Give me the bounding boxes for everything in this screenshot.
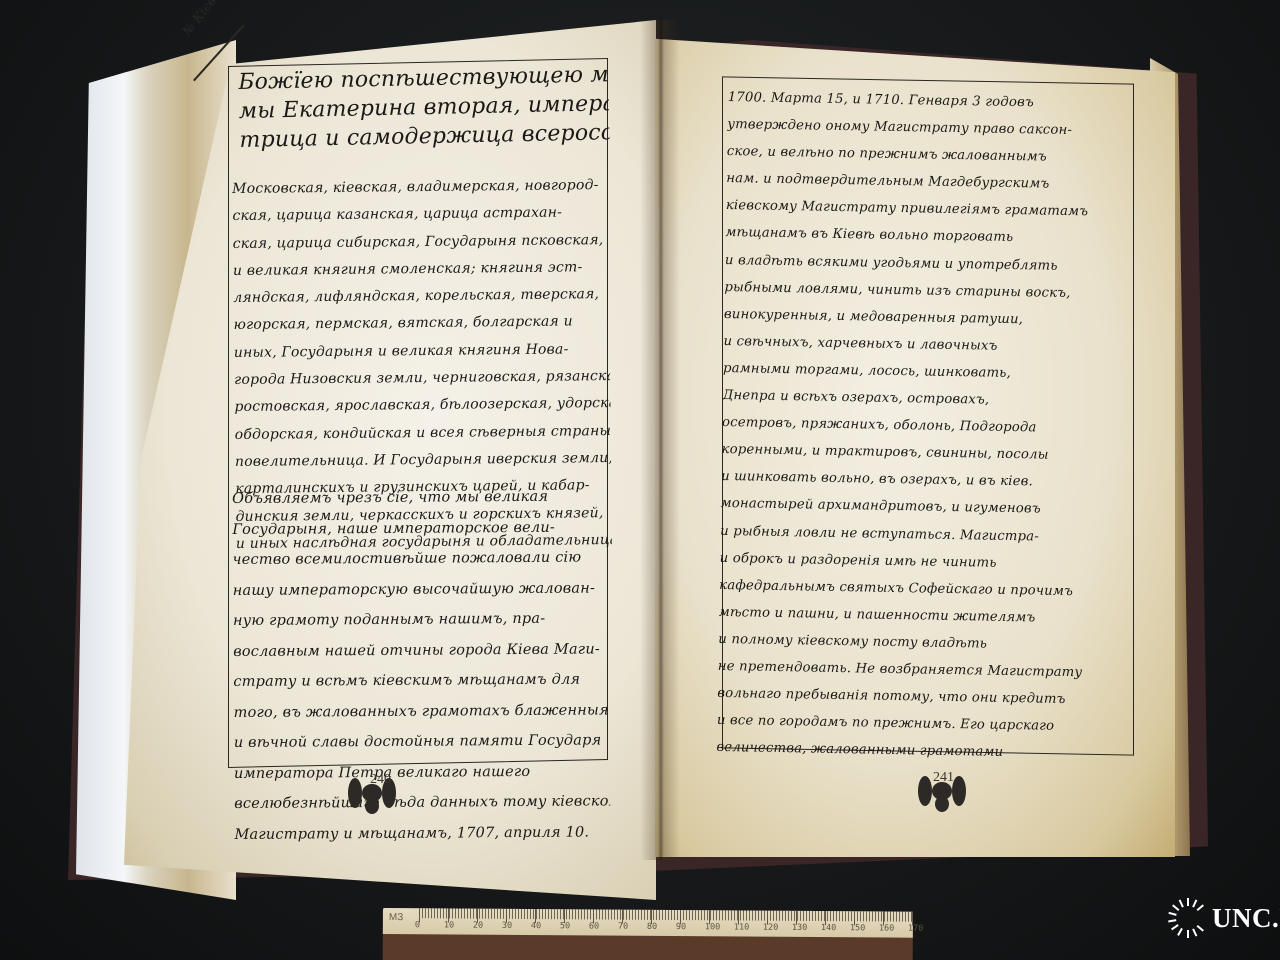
text-line: иных, Государыня и великая княгиня Нова-: [234, 336, 610, 367]
ruler-scale: МЗ 0 10 20 30 40 50 60 70 80 90 100 110 …: [383, 908, 913, 938]
ruler-label: 60: [589, 921, 618, 931]
ruler-label: 80: [647, 922, 676, 932]
ruler-label: 150: [850, 923, 879, 933]
ruler-label: 10: [444, 920, 473, 930]
text-line: вселюбезнѣйшаго дѣда данныхъ тому кіевск…: [234, 786, 610, 819]
page-number-right: 241: [933, 770, 954, 786]
text-line: ную грамоту поданнымъ нашимъ, пра-: [233, 603, 609, 636]
text-line: и великая княгиня смоленская; княгиня эс…: [233, 254, 609, 285]
book-gutter: [640, 20, 680, 860]
text-line: того, въ жалованныхъ грамотахъ блаженныя: [233, 695, 609, 728]
text-line: Магистрату и мѣщанамъ, 1707, априля 10.: [234, 817, 610, 850]
text-line: повелительница. И Государыня иверския зе…: [235, 445, 611, 476]
ruler-label: 50: [560, 921, 589, 931]
ruler-label: 0: [415, 920, 444, 930]
text-line: Московская, кіевская, владимерская, новг…: [232, 172, 608, 203]
text-line: югорская, пермская, вятская, болгарская …: [233, 309, 609, 340]
ruler-label: 40: [531, 921, 560, 931]
ruler-label: 160: [879, 923, 908, 933]
ruler-brand-mark: МЗ: [389, 912, 403, 923]
ruler-label: 70: [618, 922, 647, 932]
text-line: нашу императорскую высочайшую жалован-: [233, 573, 609, 606]
text-line: Государыня, наше императорское вели-: [232, 512, 608, 545]
ruler-label: 100: [705, 922, 734, 932]
page-number-left: 240: [370, 772, 391, 788]
text-line: ская, царица казанская, царица астрахан-: [232, 199, 608, 230]
ruler-label: 140: [821, 923, 850, 933]
text-line: ростовская, ярославская, бѣлоозерская, у…: [234, 390, 610, 421]
watermark: UNC.UA: [1168, 898, 1280, 938]
left-page-title: Божїею поспѣшествующею милостїю мы Екате…: [238, 60, 610, 155]
right-page-body: 1700. Марта 15, и 1710. Генваря 3 годовъ…: [716, 84, 1138, 768]
sunburst-icon: [1168, 898, 1208, 938]
ruler-label: 120: [763, 923, 792, 933]
text-line: вославным нашей отчины города Кіева Маги…: [233, 634, 609, 667]
ruler-label: 20: [473, 921, 502, 931]
text-line: чество всемилостивѣйше пожаловали сію: [232, 542, 608, 575]
text-line: и вѣчной славы достойныя памяти Государя: [234, 725, 610, 758]
ruler-label: 30: [502, 921, 531, 931]
text-line: страту и всѣмъ кіевскимъ мѣщанамъ для: [233, 664, 609, 697]
ruler-label: 110: [734, 922, 763, 932]
ruler-label: 90: [676, 922, 705, 932]
ruler-label: 170: [908, 924, 937, 934]
watermark-text: UNC.UA: [1212, 903, 1280, 934]
text-line: ляндская, лифляндская, корельская, тверс…: [233, 281, 609, 312]
ruler: МЗ 0 10 20 30 40 50 60 70 80 90 100 110 …: [383, 908, 913, 960]
ruler-label: 130: [792, 923, 821, 933]
text-line: императора Петра великаго нашего: [234, 756, 610, 789]
text-line: ская, царица сибирская, Государыня псков…: [233, 227, 609, 258]
text-line: обдорская, кондийская и всея сѣверныя ст…: [235, 418, 611, 449]
text-line: города Низовския земли, черниговская, ря…: [234, 363, 610, 394]
left-page-body-second: Объявляемъ чрезъ сіе, что мы великая Гос…: [232, 481, 611, 850]
text-line: Объявляемъ чрезъ сіе, что мы великая: [232, 481, 608, 514]
